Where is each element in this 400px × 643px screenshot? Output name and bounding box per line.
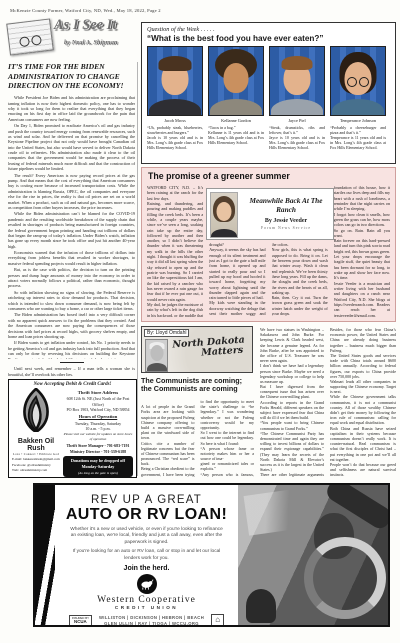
ad-body-2: If you're looking for an auto or RV loan… bbox=[57, 549, 236, 562]
column-credit: Forum News Service bbox=[242, 226, 330, 230]
thrift-org-tagline: Love • Connect • Embrace God bbox=[12, 452, 60, 456]
column-title: Meanwhile Back At The Ranch bbox=[242, 196, 330, 214]
respondent-caption: Jayce Piel “Steak, drumsticks, ribs and … bbox=[269, 118, 325, 162]
opinion-body: While President Joe Biden and his admini… bbox=[8, 95, 135, 359]
nd-matters-logo: North Dakota Matters bbox=[167, 335, 250, 362]
masthead-title: As I See It bbox=[54, 17, 116, 34]
thrift-ad-header: Now Accepting Debit & Credit Cards! bbox=[12, 382, 133, 387]
thrift-facebook: Facebook: @oilrushministry bbox=[12, 463, 60, 468]
greener-col-1: WATFORD CITY, N.D. – It’s been raining a… bbox=[147, 185, 203, 317]
credit-union-name: Western Cooperative bbox=[57, 595, 236, 605]
thrift-address-1: 608 12th St. NE (Just North of the Post … bbox=[63, 396, 133, 407]
ad-cta: Join the herd. bbox=[57, 565, 236, 572]
thrift-address-2: PO Box 1903, Watford City, ND 58854 bbox=[63, 407, 133, 412]
column-byline: By Jessie Veeder bbox=[242, 218, 330, 224]
edition-line: McKenzie County Farmer, Watford City, ND… bbox=[10, 8, 161, 13]
question-of-week-box: Question of the Week . . . . . “What is … bbox=[141, 22, 396, 164]
thrift-director-phone: Ministry Director - 701-339-6188 bbox=[63, 449, 133, 454]
column-byline-box: Meanwhile Back At The Ranch By Jessie Ve… bbox=[206, 188, 334, 240]
jessie-veeder-photo bbox=[210, 192, 238, 238]
ad-body-1: Whether it's a new or used vehicle, or e… bbox=[57, 527, 236, 546]
credit-union-subtitle: CREDIT UNION bbox=[57, 605, 236, 610]
credit-union-ad: REV UP A GREAT AUTO OR RV LOAN! Whether … bbox=[33, 483, 390, 627]
respondent-caption: Temperance Johnson “Probably a cheesebur… bbox=[330, 118, 386, 162]
communists-cols-1-2: A lot of people in the Grand Forks area … bbox=[141, 399, 254, 478]
ad-headline-1: REV UP A GREAT bbox=[57, 494, 236, 506]
greener-headline: The promise of a greener summer bbox=[142, 168, 395, 182]
equal-housing-lender-icon: ⌂ bbox=[211, 614, 224, 627]
newspaper-page: McKenzie County Farmer, Watford City, ND… bbox=[0, 0, 400, 643]
bakken-oil-rush-logo-icon bbox=[18, 388, 54, 432]
thrift-hours-note: Please visit our website for updates on … bbox=[63, 432, 133, 441]
thrift-org-name: Bakken Oil Rush bbox=[12, 438, 60, 452]
ad-headline-2: AUTO OR RV LOAN! bbox=[57, 506, 236, 524]
donation-notice: Donations may be dropped off Monday-Satu… bbox=[63, 456, 133, 477]
communists-col-3: We have two statues in Washington – Saka… bbox=[260, 327, 324, 478]
thrift-manager-phone: Thrift Store Manager - 701-683-7191 bbox=[63, 443, 133, 448]
communists-col-4: Besides, for those who fear China’s econ… bbox=[330, 327, 396, 478]
communists-headline: The Communists are coming; the Communist… bbox=[141, 377, 254, 394]
respondent-photo-jayce bbox=[269, 46, 325, 116]
bison-logo-icon bbox=[137, 574, 157, 594]
masthead-byline: by Neal A. Shipman bbox=[64, 39, 118, 46]
qow-photos bbox=[147, 46, 390, 116]
section-divider bbox=[60, 362, 84, 363]
nd-matters-logo-box: By: Lloyd Omdahl North Dakota Matters bbox=[141, 326, 253, 373]
qow-question: “What is the best food you have ever eat… bbox=[147, 34, 390, 43]
opinion-column: IT’S TIME FOR THE BIDEN ADMINISTRATION T… bbox=[8, 62, 135, 377]
thrift-store-ad: Now Accepting Debit & Credit Cards! Bakk… bbox=[8, 379, 137, 478]
opinion-headline: IT’S TIME FOR THE BIDEN ADMINISTRATION T… bbox=[8, 62, 135, 91]
eyeglasses-icon bbox=[19, 35, 42, 47]
ncua-badge: INSURED BY NCUA bbox=[69, 615, 92, 626]
branch-cities: WILLISTON | DICKINSON | HEBRON | BEACH G… bbox=[99, 615, 204, 627]
respondent-photo-kellanne bbox=[208, 46, 264, 116]
thrift-web: Web: oilrushministry.com bbox=[12, 468, 60, 473]
as-i-see-it-masthead: As I See It by Neal A. Shipman bbox=[6, 15, 136, 60]
driving-photo bbox=[238, 485, 388, 625]
respondent-photo-jacob bbox=[147, 46, 203, 116]
respondent-photo-temperance bbox=[330, 46, 386, 116]
omdahl-byline-label: By: Lloyd Omdahl bbox=[144, 329, 189, 337]
respondent-caption: Jacob Mross “Uh, probably steak, blueber… bbox=[147, 118, 203, 162]
greener-summer-box: The promise of a greener summer WATFORD … bbox=[141, 167, 396, 322]
qow-captions: Jacob Mross “Uh, probably steak, blueber… bbox=[147, 118, 390, 162]
thrift-hours-time: 10 a.m. - 5 p.m. bbox=[63, 426, 133, 431]
greener-col-4: foundation of this house, how it startle… bbox=[334, 185, 390, 317]
opinion-tagline: Until next week, and remember – If a man… bbox=[8, 366, 135, 377]
newspaper-sketch-icon bbox=[6, 18, 54, 55]
ad-left-stripe bbox=[35, 485, 55, 625]
thrift-email: E-mail: bakkenoilrush@gmail.com bbox=[12, 457, 60, 462]
qow-kicker: Question of the Week . . . . . bbox=[147, 26, 390, 33]
column-rule bbox=[137, 62, 138, 476]
lloyd-omdahl-photo bbox=[145, 339, 168, 372]
respondent-caption: Kellanne Gordon “Tacos in a bag.” Kellan… bbox=[208, 118, 264, 162]
